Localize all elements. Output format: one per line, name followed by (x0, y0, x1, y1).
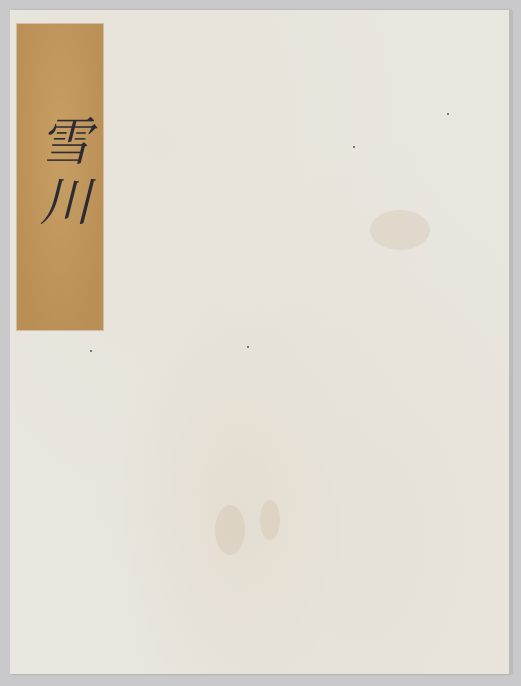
paper-stain (260, 500, 280, 540)
paper-speck (447, 113, 449, 115)
paper-stain (370, 210, 430, 250)
title-slip: 雪川 (17, 24, 103, 330)
book-cover: 雪川 (10, 10, 509, 674)
paper-speck (90, 350, 92, 352)
paper-stain (215, 505, 245, 555)
cover-edge (509, 10, 513, 674)
calligraphy-title: 雪川 (17, 44, 103, 304)
paper-speck (247, 346, 249, 348)
paper-speck (353, 146, 355, 148)
